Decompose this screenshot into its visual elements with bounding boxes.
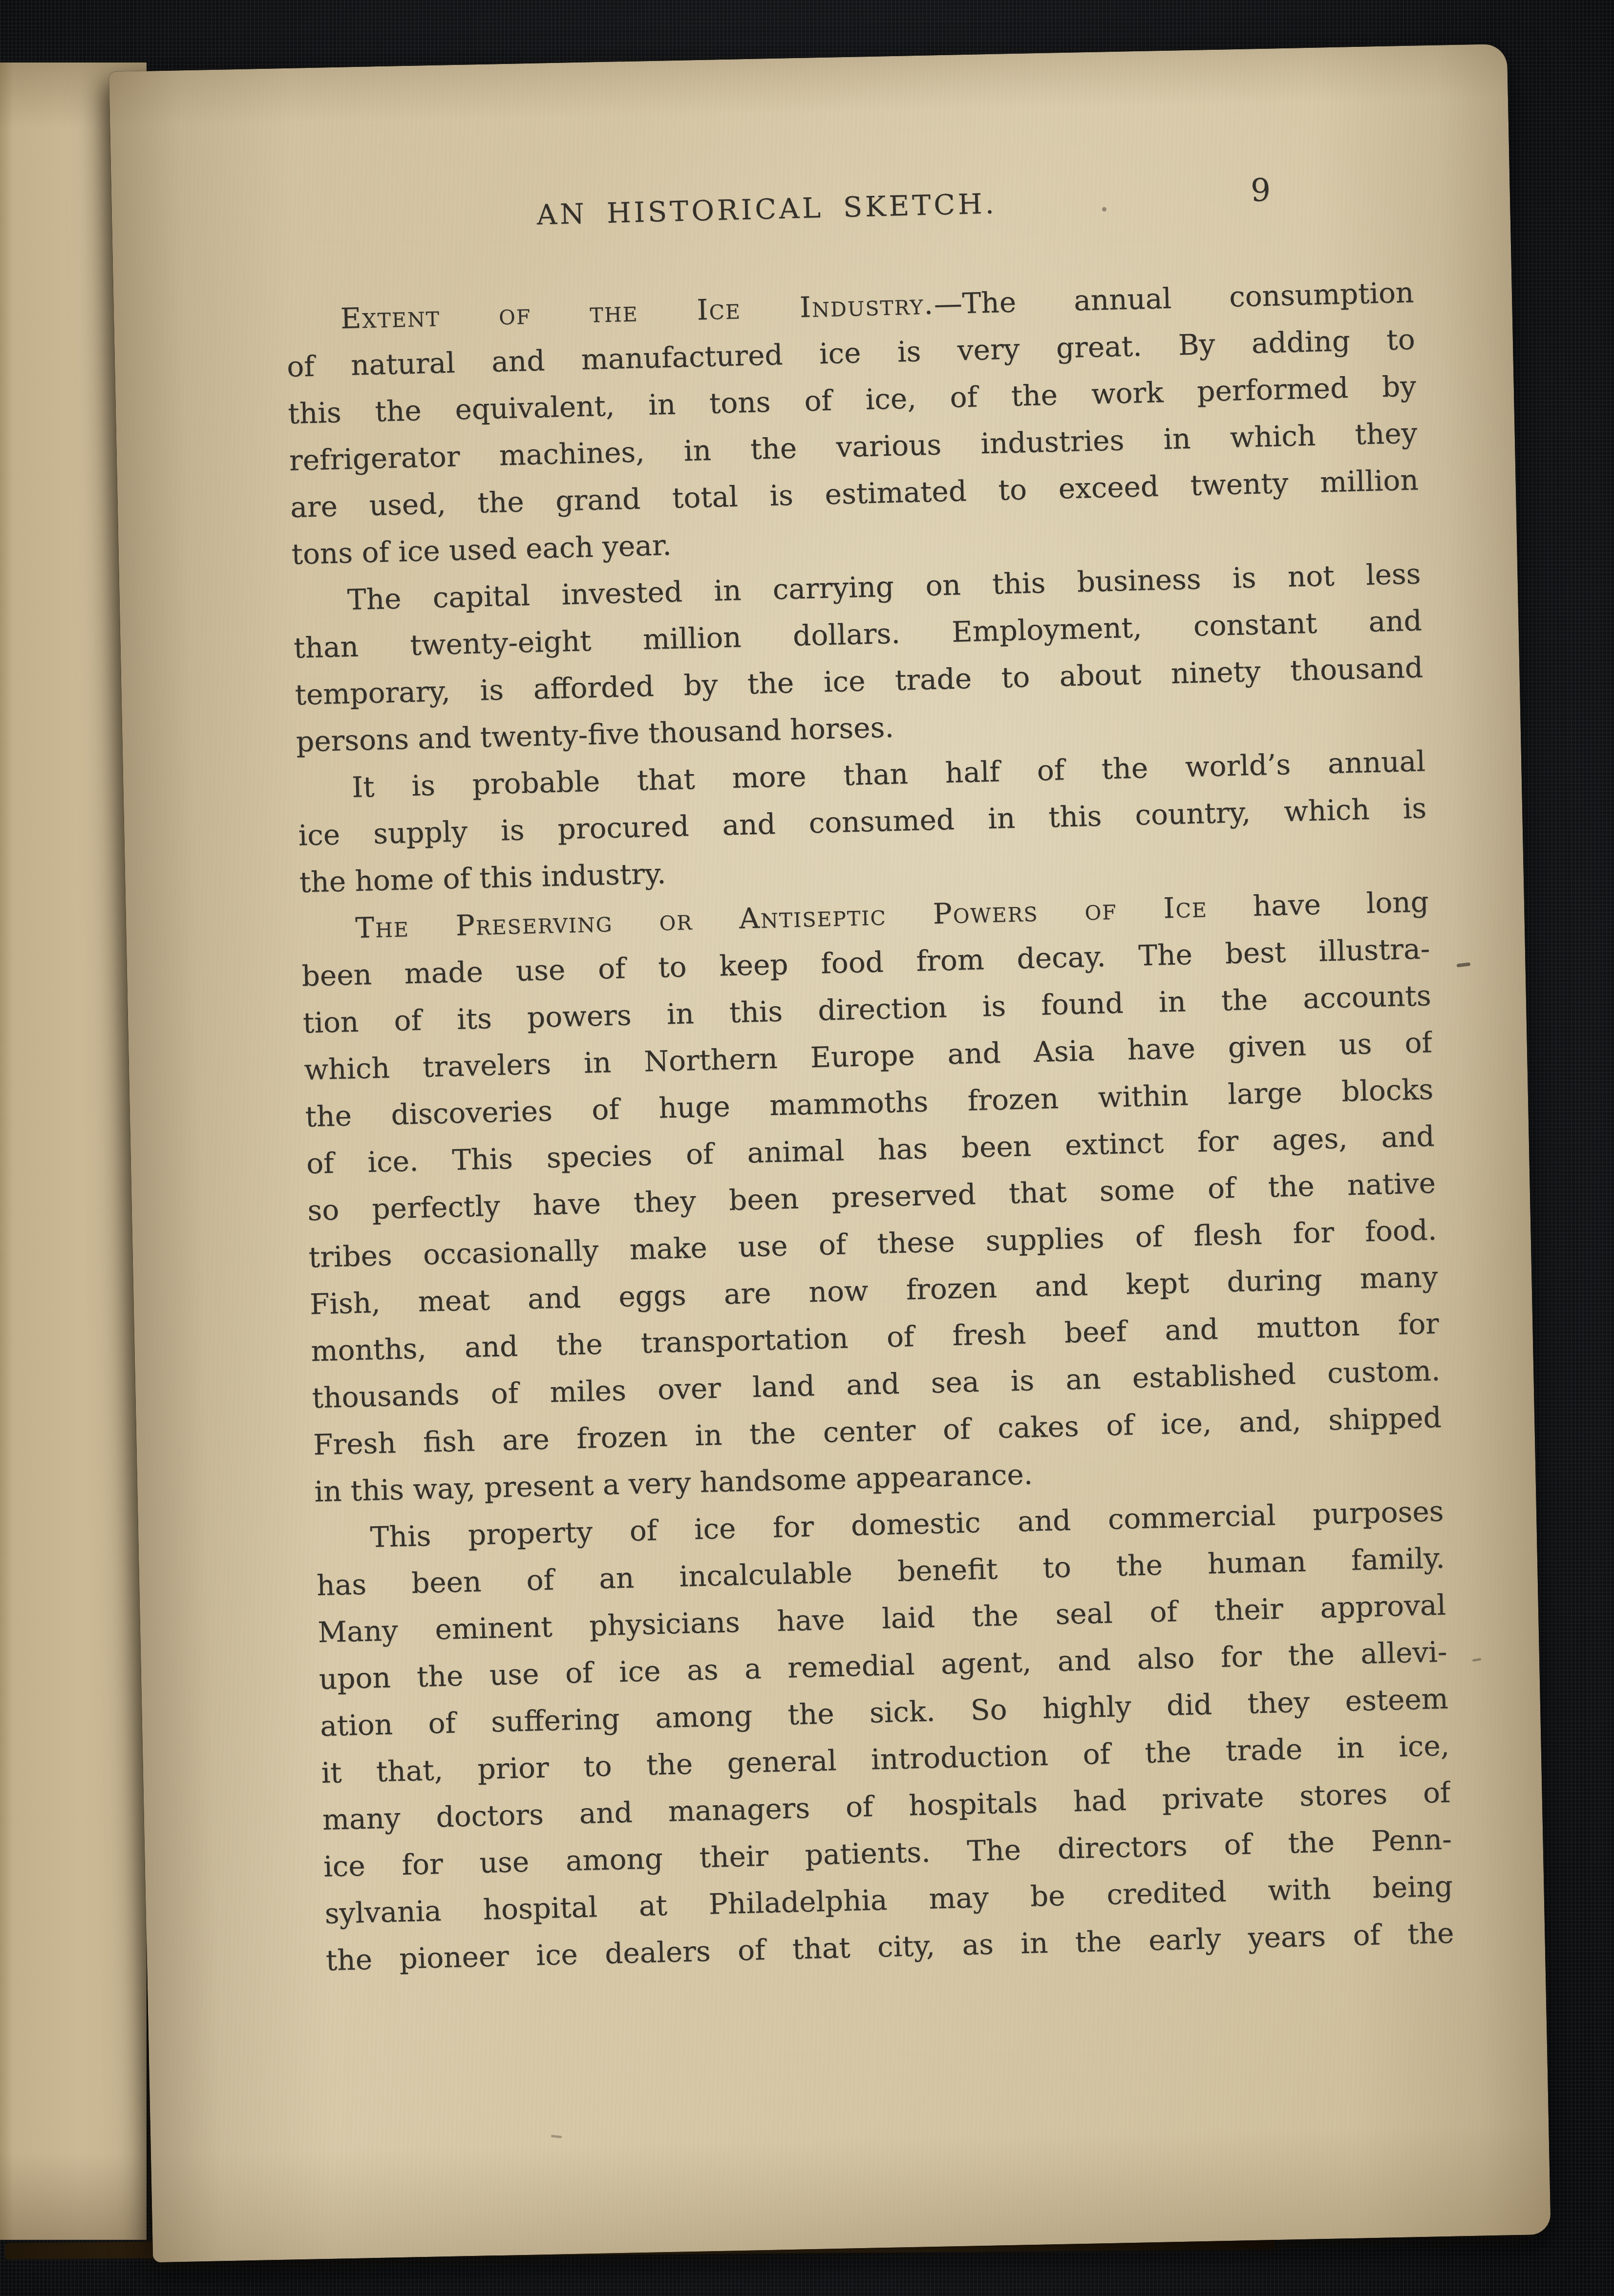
paragraph: It is probable that more than half of th… xyxy=(297,737,1428,906)
paper-stain-speck xyxy=(1102,207,1106,211)
small-caps-phrase: Extent of the Ice Industry. xyxy=(340,288,934,336)
paragraph: This property of ice for domestic and co… xyxy=(315,1488,1455,1984)
paragraph: The capital invested in carrying on this… xyxy=(292,550,1425,765)
book-page: AN HISTORICAL SKETCH. 9 Extent of the Ic… xyxy=(109,44,1550,2263)
page-content: AN HISTORICAL SKETCH. 9 Extent of the Ic… xyxy=(279,41,1461,2259)
page-number: 9 xyxy=(1251,174,1271,207)
scanned-book-photo: AN HISTORICAL SKETCH. 9 Extent of the Ic… xyxy=(0,0,1614,2296)
text-body: Extent of the Ice Industry.—The annual c… xyxy=(285,269,1455,1984)
paragraph: Extent of the Ice Industry.—The annual c… xyxy=(285,269,1420,578)
paragraph: The Preserving or Antiseptic Powers of I… xyxy=(300,878,1443,1515)
running-header: AN HISTORICAL SKETCH. 9 xyxy=(283,178,1412,244)
running-header-title: AN HISTORICAL SKETCH. xyxy=(536,188,997,231)
